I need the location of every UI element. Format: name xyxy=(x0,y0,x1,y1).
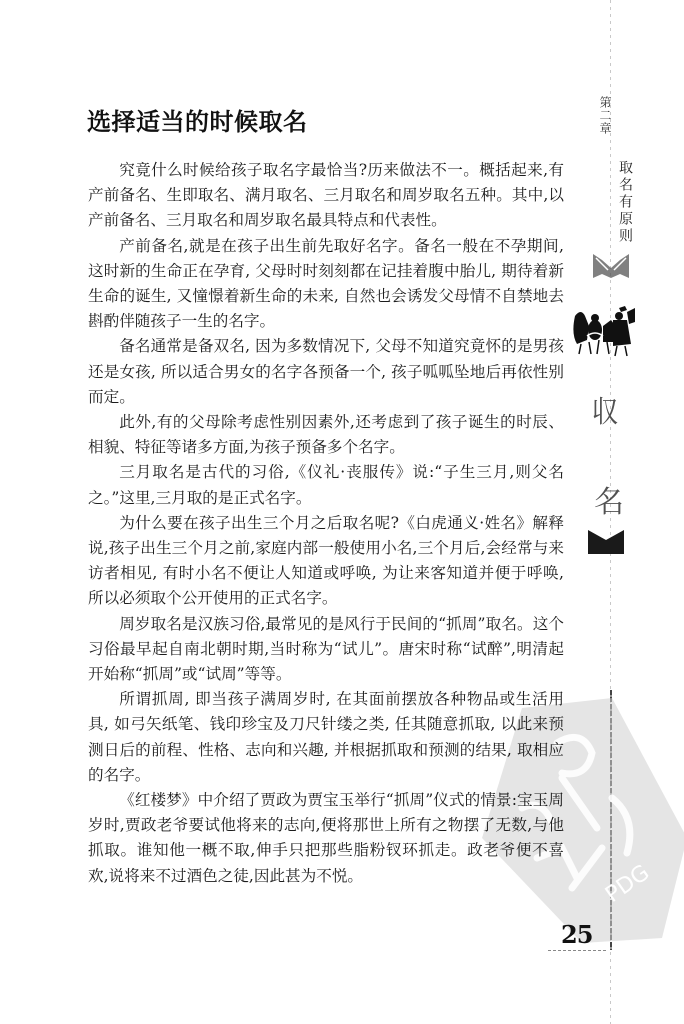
seal-glyph: 収 xyxy=(592,398,619,428)
chapter-label: 第二章 xyxy=(596,96,612,135)
seal-glyph: 名 xyxy=(594,488,624,518)
paragraph: 《红楼梦》中介绍了贾政为贾宝玉举行“抓周”仪式的情景:宝玉周岁时,贾政老爷要试他… xyxy=(88,788,564,889)
paragraph: 为什么要在孩子出生三个月之后取名呢?《白虎通义·姓名》解释说,孩子出生三个月之前… xyxy=(88,511,564,612)
page-title: 选择适当的时候取名 xyxy=(87,102,308,137)
paragraph: 三月取名是古代的习俗,《仪礼·丧服传》说:“子生三月,则父名之。”这里,三月取的… xyxy=(88,460,564,510)
body-text: 究竟什么时候给孩子取名字最恰当?历来做法不一。概括起来,有产前备名、生即取名、满… xyxy=(88,158,564,889)
paragraph: 周岁取名是汉族习俗,最常见的是风行于民间的“抓周”取名。这个习俗最早起自南北朝时… xyxy=(88,612,564,688)
paragraph: 究竟什么时候给孩子取名字最恰当?历来做法不一。概括起来,有产前备名、生即取名、满… xyxy=(88,158,564,234)
ribbon-icon xyxy=(588,530,624,554)
margin-divider-dark-segment xyxy=(610,690,612,950)
figures-illustration-icon xyxy=(573,306,639,358)
paragraph: 产前备名,就是在孩子出生前先取好名字。备名一般在不孕期间,这时新的生命正在孕育,… xyxy=(88,234,564,335)
paragraph: 此外,有的父母除考虑性别因素外,还考虑到了孩子诞生的时辰、相貌、特征等诸多方面,… xyxy=(88,410,564,460)
section-label: 取名有原则 xyxy=(617,160,635,245)
paragraph: 备名通常是备双名, 因为多数情况下, 父母不知道究竟怀的是男孩还是女孩, 所以适… xyxy=(88,334,564,410)
page-number-rule xyxy=(548,950,608,951)
page-number: 25 xyxy=(561,920,592,949)
paragraph: 所谓抓周, 即当孩子满周岁时, 在其面前摆放各种物品或生活用具, 如弓矢纸笔、钱… xyxy=(88,687,564,788)
ornament-icon xyxy=(592,252,630,280)
